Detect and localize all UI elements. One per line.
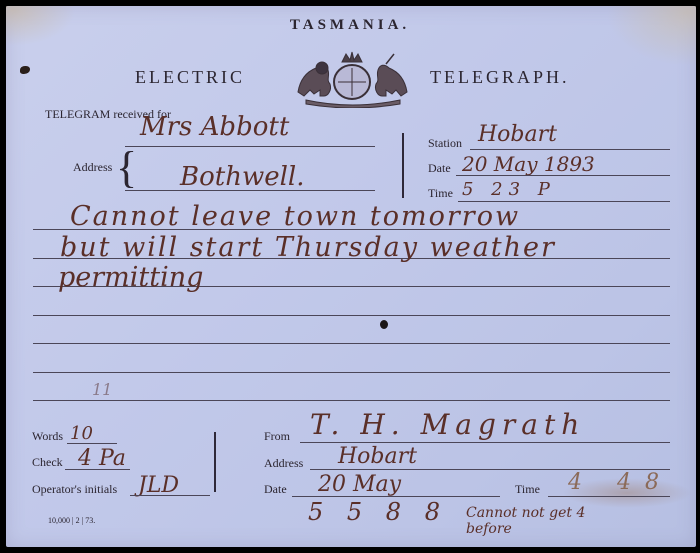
title-electric: ELECTRIC xyxy=(135,67,245,88)
paper-tear xyxy=(20,66,30,74)
message-rule xyxy=(33,343,670,344)
message-rule xyxy=(33,372,670,373)
footer-divider xyxy=(214,432,216,492)
words-value: 10 xyxy=(70,423,93,444)
sender-address-label: Address xyxy=(264,456,303,471)
from-line xyxy=(300,442,670,443)
recipient-name: Mrs Abbott xyxy=(140,112,289,142)
date-value: 20 May 1893 xyxy=(462,152,595,176)
operator-initials-label: Operator's initials xyxy=(32,482,117,497)
royal-coat-of-arms-icon xyxy=(290,50,415,108)
print-code: 10,000 | 2 | 73. xyxy=(48,516,95,525)
station-label: Station xyxy=(428,136,462,151)
sender-date-label: Date xyxy=(264,482,287,497)
check-value: 4 Pa xyxy=(78,446,126,471)
operator-initials-line xyxy=(130,495,210,496)
recipient-address: Bothwell. xyxy=(180,162,305,192)
punch-hole xyxy=(380,320,388,329)
sender-time-value: 4 48 xyxy=(568,470,673,495)
from-label: From xyxy=(264,429,290,444)
title-telegraph: TELEGRAPH. xyxy=(430,67,570,88)
message-line-2: but will start Thursday weather xyxy=(60,232,556,263)
date-label: Date xyxy=(428,161,451,176)
address-label: Address xyxy=(73,160,112,175)
message-line-3: permitting xyxy=(58,262,203,293)
recipient-name-line xyxy=(125,146,375,147)
annotation-number: 5 5 8 8 xyxy=(308,498,448,526)
station-value: Hobart xyxy=(478,122,557,147)
station-line xyxy=(470,149,670,150)
paper-stain xyxy=(606,6,696,66)
margin-note: 11 xyxy=(92,380,112,399)
header-divider xyxy=(402,133,404,198)
check-label: Check xyxy=(32,455,63,470)
words-line xyxy=(67,443,117,444)
sender-time-label: Time xyxy=(515,482,540,497)
country-heading: TASMANIA. xyxy=(0,17,700,34)
words-label: Words xyxy=(32,429,63,444)
address-brace-icon: { xyxy=(116,146,137,190)
time-value: 5 23 P xyxy=(462,179,556,200)
sender-time-line xyxy=(548,496,670,497)
sender-address-value: Hobart xyxy=(338,444,417,469)
recipient-address-line xyxy=(125,190,375,191)
from-value: T. H. Magrath xyxy=(310,408,585,441)
sender-date-line xyxy=(292,496,500,497)
annotation-note: Cannot not get 4 before xyxy=(466,505,616,537)
check-line xyxy=(65,469,130,470)
date-line xyxy=(456,175,670,176)
time-label: Time xyxy=(428,186,453,201)
message-rule xyxy=(33,315,670,316)
message-rule xyxy=(33,400,670,401)
sender-date-value: 20 May xyxy=(318,472,401,497)
message-line-1: Cannot leave town tomorrow xyxy=(70,201,520,232)
